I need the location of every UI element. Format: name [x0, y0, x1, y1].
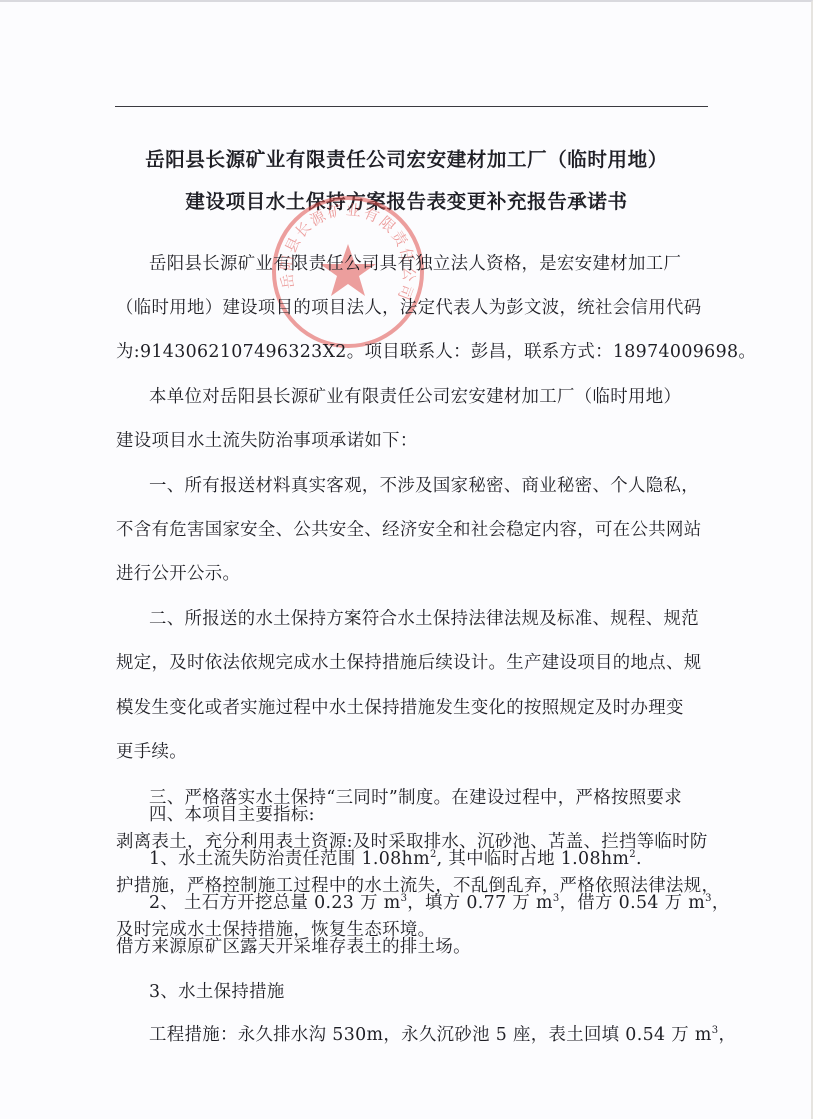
- body-line: 岳阳县长源矿业有限责任公司具有独立法人资格，是宏安建材加工厂: [149, 254, 749, 274]
- body-line: 不含有危害国家安全、公共安全、经济安全和社会稳定内容，可在公共网站: [116, 520, 716, 540]
- document-title-line-2: 建设项目水土保持方案报告表变更补充报告承诺书: [0, 186, 813, 214]
- seal-text: 岳阳县长源矿业有限责任公司: [278, 201, 419, 304]
- body-line: 建设项目水土流失防治事项承诺如下：: [116, 431, 716, 451]
- body-line: 二、所报送的水土保持方案符合水土保持法律法规及标准、规程、规范: [149, 609, 749, 629]
- body-line: 更手续。: [116, 742, 716, 762]
- body-line: 进行公开公示。: [116, 564, 716, 584]
- body-line: （临时用地）建设项目的项目法人，法定代表人为彭文波，统社会信用代码: [116, 298, 716, 318]
- body-line: 为:91430621074963​23X2。项目联系人：彭昌，联系方式：1897…: [116, 342, 716, 362]
- indicator-1: 1、水土流失防治责任范围 1.08hm2, 其中临时占地 1.08hm2.: [149, 849, 749, 869]
- body-line: 规定，及时依法依规完成水土保持措施后续设计。生产建设项目的地点、规: [116, 653, 716, 673]
- indicator-3-heading: 3、水土保持措施: [149, 982, 749, 1002]
- engineering-measures: 工程措施：永久排水沟 530m，永久沉砂池 5 座，表土回填 0.54 万 m3…: [149, 1025, 749, 1045]
- indicator-2: 2、 土石方开挖总量 0.23 万 m3，填方 0.77 万 m3，借方 0.5…: [149, 893, 749, 913]
- body-line: 一、所有报送材料真实客观，不涉及国家秘密、商业秘密、个人隐私，: [149, 476, 749, 496]
- body-line: 模发生变化或者实施过程中水土保持措施发生变化的按照规定及时办理变: [116, 698, 716, 718]
- header-rule: [115, 106, 708, 107]
- document-page: 岳阳县长源矿业有限责任公司宏安建材加工厂（临时用地） 建设项目水土保持方案报告表…: [0, 0, 813, 1119]
- document-title-line-1: 岳阳县长源矿业有限责任公司宏安建材加工厂（临时用地）: [0, 144, 813, 172]
- svg-text:岳阳县长源矿业有限责任公司: 岳阳县长源矿业有限责任公司: [278, 201, 419, 304]
- body-line: 四、本项目主要指标:: [149, 805, 749, 825]
- body-line: 本单位对岳阳县长源矿业有限责任公司宏安建材加工厂（临时用地）: [149, 387, 749, 407]
- indicator-2-line-2: 借方来源原矿区露天开采堆存表土的排土场。: [116, 937, 716, 957]
